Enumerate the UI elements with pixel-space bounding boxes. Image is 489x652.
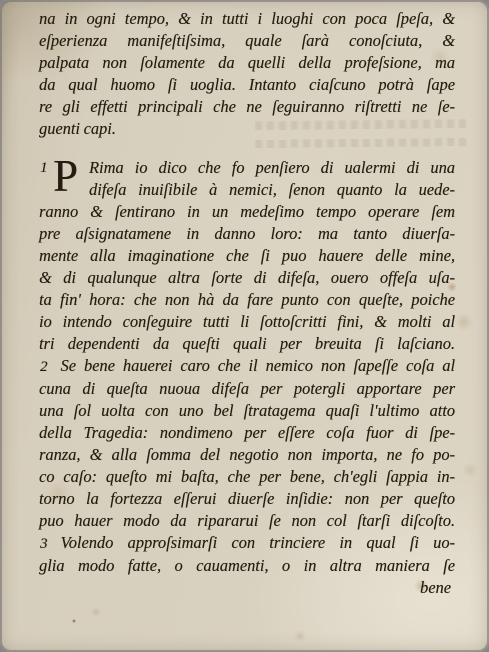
line-text: bene (420, 578, 451, 597)
line-text: co caſo: queſto mi baſta, che per bene, … (39, 467, 455, 486)
book-page: na in ogni tempo, & in tutti i luoghi co… (0, 0, 489, 652)
line-text: puo hauer modo da ripararui ſe non col ſ… (39, 511, 455, 530)
text-block: na in ogni tempo, & in tutti i luoghi co… (39, 8, 455, 599)
text-line: mente alla imaginatione che ſi puo hauer… (39, 245, 455, 267)
line-text: & di qualunque altra ſorte di difeſa, ou… (39, 268, 455, 287)
line-text: eſperienza manifeſtiſsima, quale ſarà co… (39, 31, 455, 50)
line-text: ranno & ſentirano in un medeſimo tempo o… (39, 202, 455, 221)
text-line: co caſo: queſto mi baſta, che per bene, … (39, 466, 455, 488)
line-text: ranza, & alla ſomma del negotio non impo… (39, 445, 455, 464)
text-line: tri dependenti da queſti quali per breui… (39, 333, 455, 355)
text-line: ranza, & alla ſomma del negotio non impo… (39, 444, 455, 466)
text-line: 1PRima io dico che fo penſiero di ualerm… (39, 157, 455, 179)
text-line: pre aſsignatamene in danno loro: ma tant… (39, 223, 455, 245)
line-text: glia modo fatte, o cauamenti, o in altra… (39, 556, 455, 575)
line-text: io intendo conſeguire tutti li ſottoſcri… (39, 312, 455, 331)
catchword: bene (39, 577, 455, 599)
paragraph-number: 2 (39, 356, 48, 378)
line-text: Se bene hauerei caro che il nemico non ſ… (61, 356, 456, 375)
text-line: una ſol uolta con uno bel ſtratagema qua… (39, 400, 455, 422)
text-line: io intendo conſeguire tutti li ſottoſcri… (39, 311, 455, 333)
line-text: difeſa inuiſibile à nemici, ſenon quanto… (89, 180, 455, 199)
text-line: puo hauer modo da ripararui ſe non col ſ… (39, 510, 455, 532)
line-text: na in ogni tempo, & in tutti i luoghi co… (39, 9, 455, 28)
text-line: 2Se bene hauerei caro che il nemico non … (39, 355, 455, 378)
line-text: guenti capi. (39, 119, 116, 138)
text-line: na in ogni tempo, & in tutti i luoghi co… (39, 8, 455, 30)
paragraph-number: 3 (39, 533, 48, 555)
text-line: glia modo fatte, o cauamenti, o in altra… (39, 555, 455, 577)
text-line: ranno & ſentirano in un medeſimo tempo o… (39, 201, 455, 223)
text-line: & di qualunque altra ſorte di difeſa, ou… (39, 267, 455, 289)
text-line: cuna di queſta nuoua difeſa per potergli… (39, 378, 455, 400)
line-text: una ſol uolta con uno bel ſtratagema qua… (39, 401, 455, 420)
text-line: ta fin' hora: che non hà da fare punto c… (39, 289, 455, 311)
line-text: re gli effetti principali che ne ſeguira… (39, 97, 455, 116)
text-line: difeſa inuiſibile à nemici, ſenon quanto… (39, 179, 455, 201)
line-text: palpata non ſolamente da quelli della pr… (39, 53, 455, 72)
line-text: da qual huomo ſi uoglia. Intanto ciaſcun… (39, 75, 455, 94)
text-line: 3Volendo approſsimarſi con trinciere in … (39, 532, 455, 555)
text-line: guenti capi. (39, 118, 455, 140)
text-line: eſperienza manifeſtiſsima, quale ſarà co… (39, 30, 455, 52)
line-text: ta fin' hora: che non hà da fare punto c… (39, 290, 455, 309)
line-text: tri dependenti da queſti quali per breui… (39, 334, 455, 353)
paragraph-number: 1 (40, 157, 48, 179)
text-line: torno la fortezza eſſerui diuerſe inſidi… (39, 488, 455, 510)
text-line: re gli effetti principali che ne ſeguira… (39, 96, 455, 118)
line-text: Rima io dico che fo penſiero di ualermi … (89, 158, 455, 177)
line-text: torno la fortezza eſſerui diuerſe inſidi… (39, 489, 455, 508)
text-line: da qual huomo ſi uoglia. Intanto ciaſcun… (39, 74, 455, 96)
line-text: cuna di queſta nuoua difeſa per potergli… (39, 379, 455, 398)
line-text: Volendo approſsimarſi con trinciere in q… (61, 533, 456, 552)
line-text: della Tragedia: nondimeno per eſſere coſ… (39, 423, 455, 442)
text-line: della Tragedia: nondimeno per eſſere coſ… (39, 422, 455, 444)
text-line: palpata non ſolamente da quelli della pr… (39, 52, 455, 74)
line-text: mente alla imaginatione che ſi puo hauer… (39, 246, 455, 265)
line-text: pre aſsignatamene in danno loro: ma tant… (39, 224, 455, 243)
